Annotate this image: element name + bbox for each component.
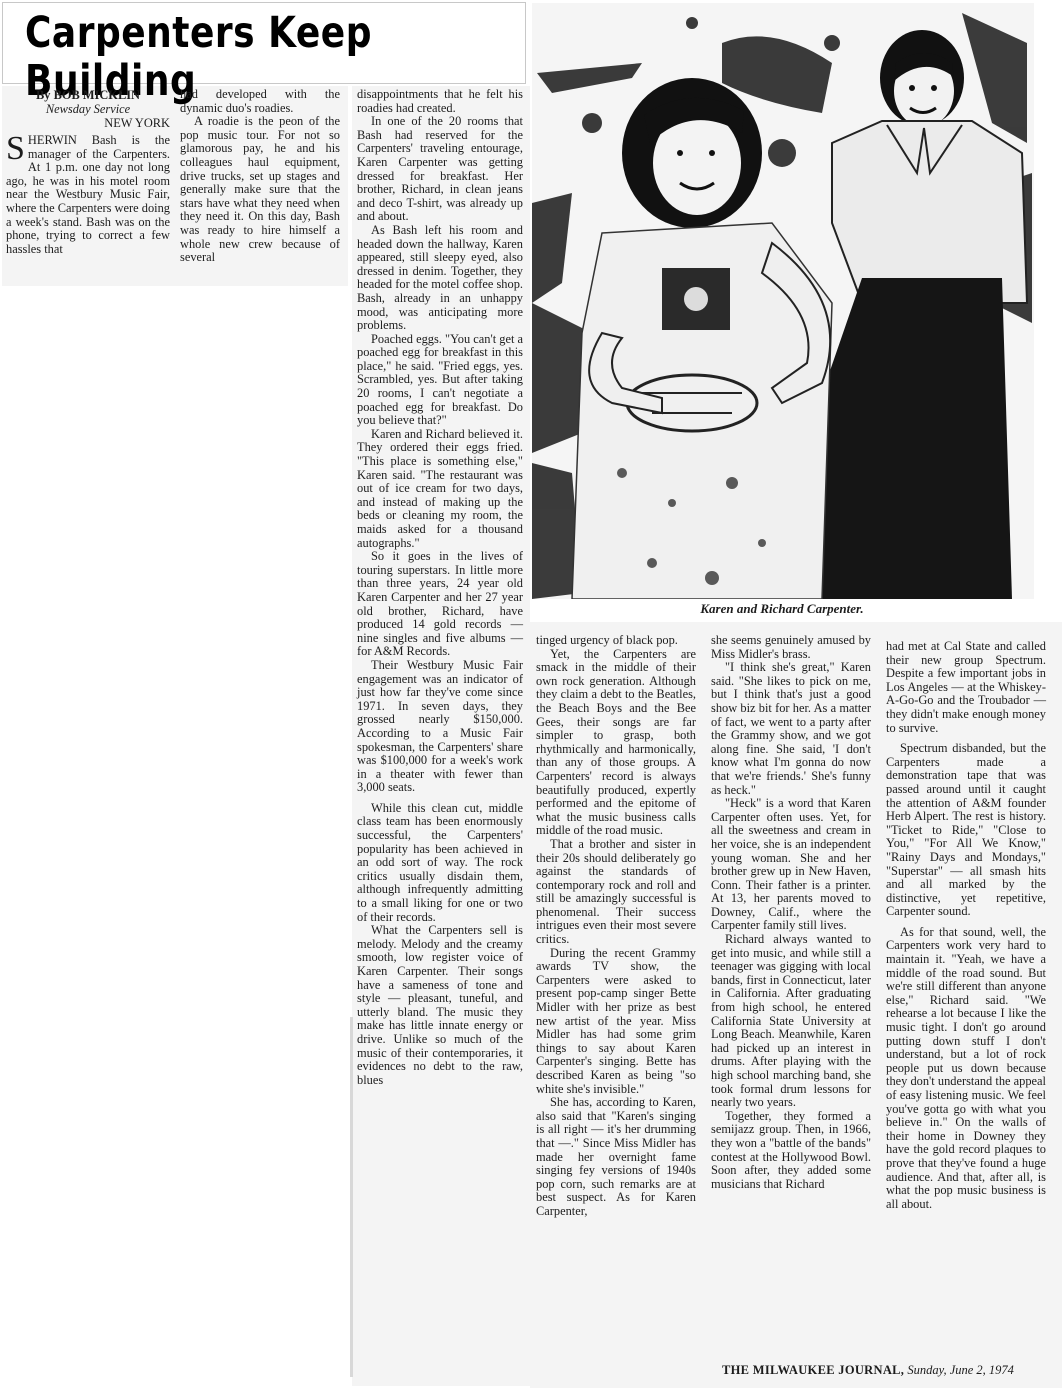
article-column-2: had developed with the dynamic duo's roa… [180,88,340,265]
article-paragraph: A roadie is the peon of the pop music to… [180,115,340,265]
publication-footer: THE MILWAUKEE JOURNAL, Sunday, June 2, 1… [722,1363,1014,1378]
article-paragraph: In one of the 20 rooms that Bash had res… [357,115,523,224]
dateline: NEW YORK [6,116,170,130]
article-paragraph: disappointments that he felt his roadies… [357,88,523,115]
byline: By BOB MICKLIN Newsday Service [6,88,170,116]
article-paragraph: Together, they formed a semijazz group. … [711,1110,871,1192]
photo-karen-and-richard [532,3,1034,599]
article-paragraph: She has, according to Karen, also said t… [536,1096,696,1218]
article-column-4: tinged urgency of black pop. Yet, the Ca… [536,634,696,1219]
headline-box: Carpenters Keep Building [2,2,526,84]
article-paragraph: As Bash left his room and headed down th… [357,224,523,333]
article-paragraph: That a brother and sister in their 20s s… [536,838,696,947]
article-paragraph: While this clean cut, middle class team … [357,802,523,924]
article-paragraph: Karen and Richard believed it. They orde… [357,428,523,550]
article-paragraph: had met at Cal State and called their ne… [886,640,1046,735]
byline-author: By BOB MICKLIN [6,88,170,102]
article-column-6: had met at Cal State and called their ne… [886,640,1046,1211]
article-paragraph: Their Westbury Music Fair engagement was… [357,659,523,795]
photo-caption: Karen and Richard Carpenter. [532,601,1032,617]
drop-cap: S [6,136,25,162]
article-paragraph: What the Carpenters sell is melody. Melo… [357,924,523,1087]
article-paragraph: Richard always wanted to get into music,… [711,933,871,1110]
article-paragraph: So it goes in the lives of touring super… [357,550,523,659]
publication-date: Sunday, June 2, 1974 [907,1363,1014,1377]
article-column-1: By BOB MICKLIN Newsday Service NEW YORK … [6,88,170,256]
article-paragraph: "Heck" is a word that Karen Carpenter of… [711,797,871,933]
photo-halftone [532,3,1034,599]
article-paragraph: she seems genuinely amused by Miss Midle… [711,634,871,661]
article-paragraph: tinged urgency of black pop. [536,634,696,648]
article-paragraph: "I think she's great," Karen said. "She … [711,661,871,797]
column-rule [350,1017,353,1377]
article-column-5: she seems genuinely amused by Miss Midle… [711,634,871,1191]
article-paragraph: Poached eggs. "You can't get a poached e… [357,333,523,428]
article-column-3: disappointments that he felt his roadies… [357,88,523,1087]
article-paragraph: Yet, the Carpenters are smack in the mid… [536,648,696,838]
article-paragraph: During the recent Grammy awards TV show,… [536,947,696,1097]
article-paragraph: Spectrum disbanded, but the Carpenters m… [886,742,1046,919]
newspaper-name: THE MILWAUKEE JOURNAL, [722,1363,904,1377]
article-paragraph: had developed with the dynamic duo's roa… [180,88,340,115]
byline-service: Newsday Service [6,102,170,116]
article-paragraph: SHERWIN Bash is the manager of the Carpe… [6,134,170,256]
article-paragraph: As for that sound, well, the Carpenters … [886,926,1046,1211]
